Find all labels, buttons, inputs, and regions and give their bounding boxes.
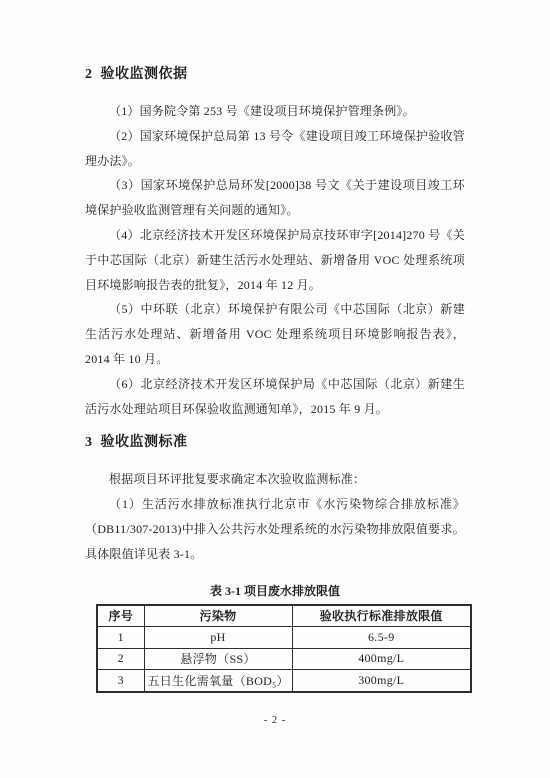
- section-number: 2: [85, 67, 93, 82]
- table-cell: 400mg/L: [292, 648, 471, 670]
- table-header-cell: 验收执行标准排放限值: [292, 605, 471, 627]
- section-monitoring-basis: 2验收监测依据 （1）国务院令第 253 号《建设项目环境保护管理条例》。 （2…: [85, 64, 465, 421]
- section-title: 验收监测依据: [101, 67, 188, 82]
- section-heading: 3验收监测标准: [85, 432, 465, 454]
- paragraph: （5）中环联（北京）环境保护有限公司《中芯国际（北京）新建生活污水处理站、新增备…: [85, 297, 465, 371]
- table-cell: 五日生化需氧量（BOD₅）: [144, 670, 292, 692]
- section-title: 验收监测标准: [101, 435, 188, 450]
- paragraph: （2）国家环境保护总局第 13 号令《建设项目竣工环境保护验收管理办法》。: [85, 124, 465, 174]
- paragraph: 根据项目环评批复要求确定本次验收监测标准：: [85, 467, 465, 492]
- document-page: 2验收监测依据 （1）国务院令第 253 号《建设项目环境保护管理条例》。 （2…: [0, 0, 550, 778]
- wastewater-limits-block: 表 3-1 项目废水排放限值 序号 污染物 验收执行标准排放限值 1 pH 6.…: [85, 582, 465, 693]
- page-number: - 2 -: [0, 715, 550, 726]
- table-cell: 300mg/L: [292, 670, 471, 692]
- table-cell: pH: [144, 627, 292, 649]
- table-caption: 表 3-1 项目废水排放限值: [85, 582, 465, 600]
- table-header-cell: 序号: [97, 605, 144, 627]
- section-heading: 2验收监测依据: [85, 64, 465, 86]
- table-row: 2 悬浮物（SS） 400mg/L: [97, 648, 471, 670]
- paragraph: （6）北京经济技术开发区环境保护局《中芯国际（北京）新建生活污水处理站项目环保验…: [85, 372, 465, 422]
- table-cell: 6.5-9: [292, 627, 471, 649]
- table-cell: 3: [97, 670, 144, 692]
- section-monitoring-standards: 3验收监测标准 根据项目环评批复要求确定本次验收监测标准： （1）生活污水排放标…: [85, 432, 465, 566]
- table-cell: 悬浮物（SS）: [144, 648, 292, 670]
- paragraph: （3）国家环境保护总局环发[2000]38 号文《关于建设项目竣工环境保护验收监…: [85, 173, 465, 223]
- table-row: 1 pH 6.5-9: [97, 627, 471, 649]
- table-row: 3 五日生化需氧量（BOD₅） 300mg/L: [97, 670, 471, 692]
- table-header-row: 序号 污染物 验收执行标准排放限值: [97, 605, 471, 627]
- paragraph: （1）生活污水排放标准执行北京市《水污染物综合排放标准》（DB11/307-20…: [85, 492, 465, 566]
- table-cell: 1: [97, 627, 144, 649]
- paragraph: （1）国务院令第 253 号《建设项目环境保护管理条例》。: [85, 99, 465, 124]
- table-header-cell: 污染物: [144, 605, 292, 627]
- table-cell: 2: [97, 648, 144, 670]
- wastewater-limits-table: 序号 污染物 验收执行标准排放限值 1 pH 6.5-9 2 悬浮物（SS） 4…: [96, 604, 472, 693]
- section-number: 3: [85, 435, 93, 450]
- paragraph: （4）北京经济技术开发区环境保护局京技环审字[2014]270 号《关于中芯国际…: [85, 223, 465, 297]
- page-content: 2验收监测依据 （1）国务院令第 253 号《建设项目环境保护管理条例》。 （2…: [85, 64, 465, 693]
